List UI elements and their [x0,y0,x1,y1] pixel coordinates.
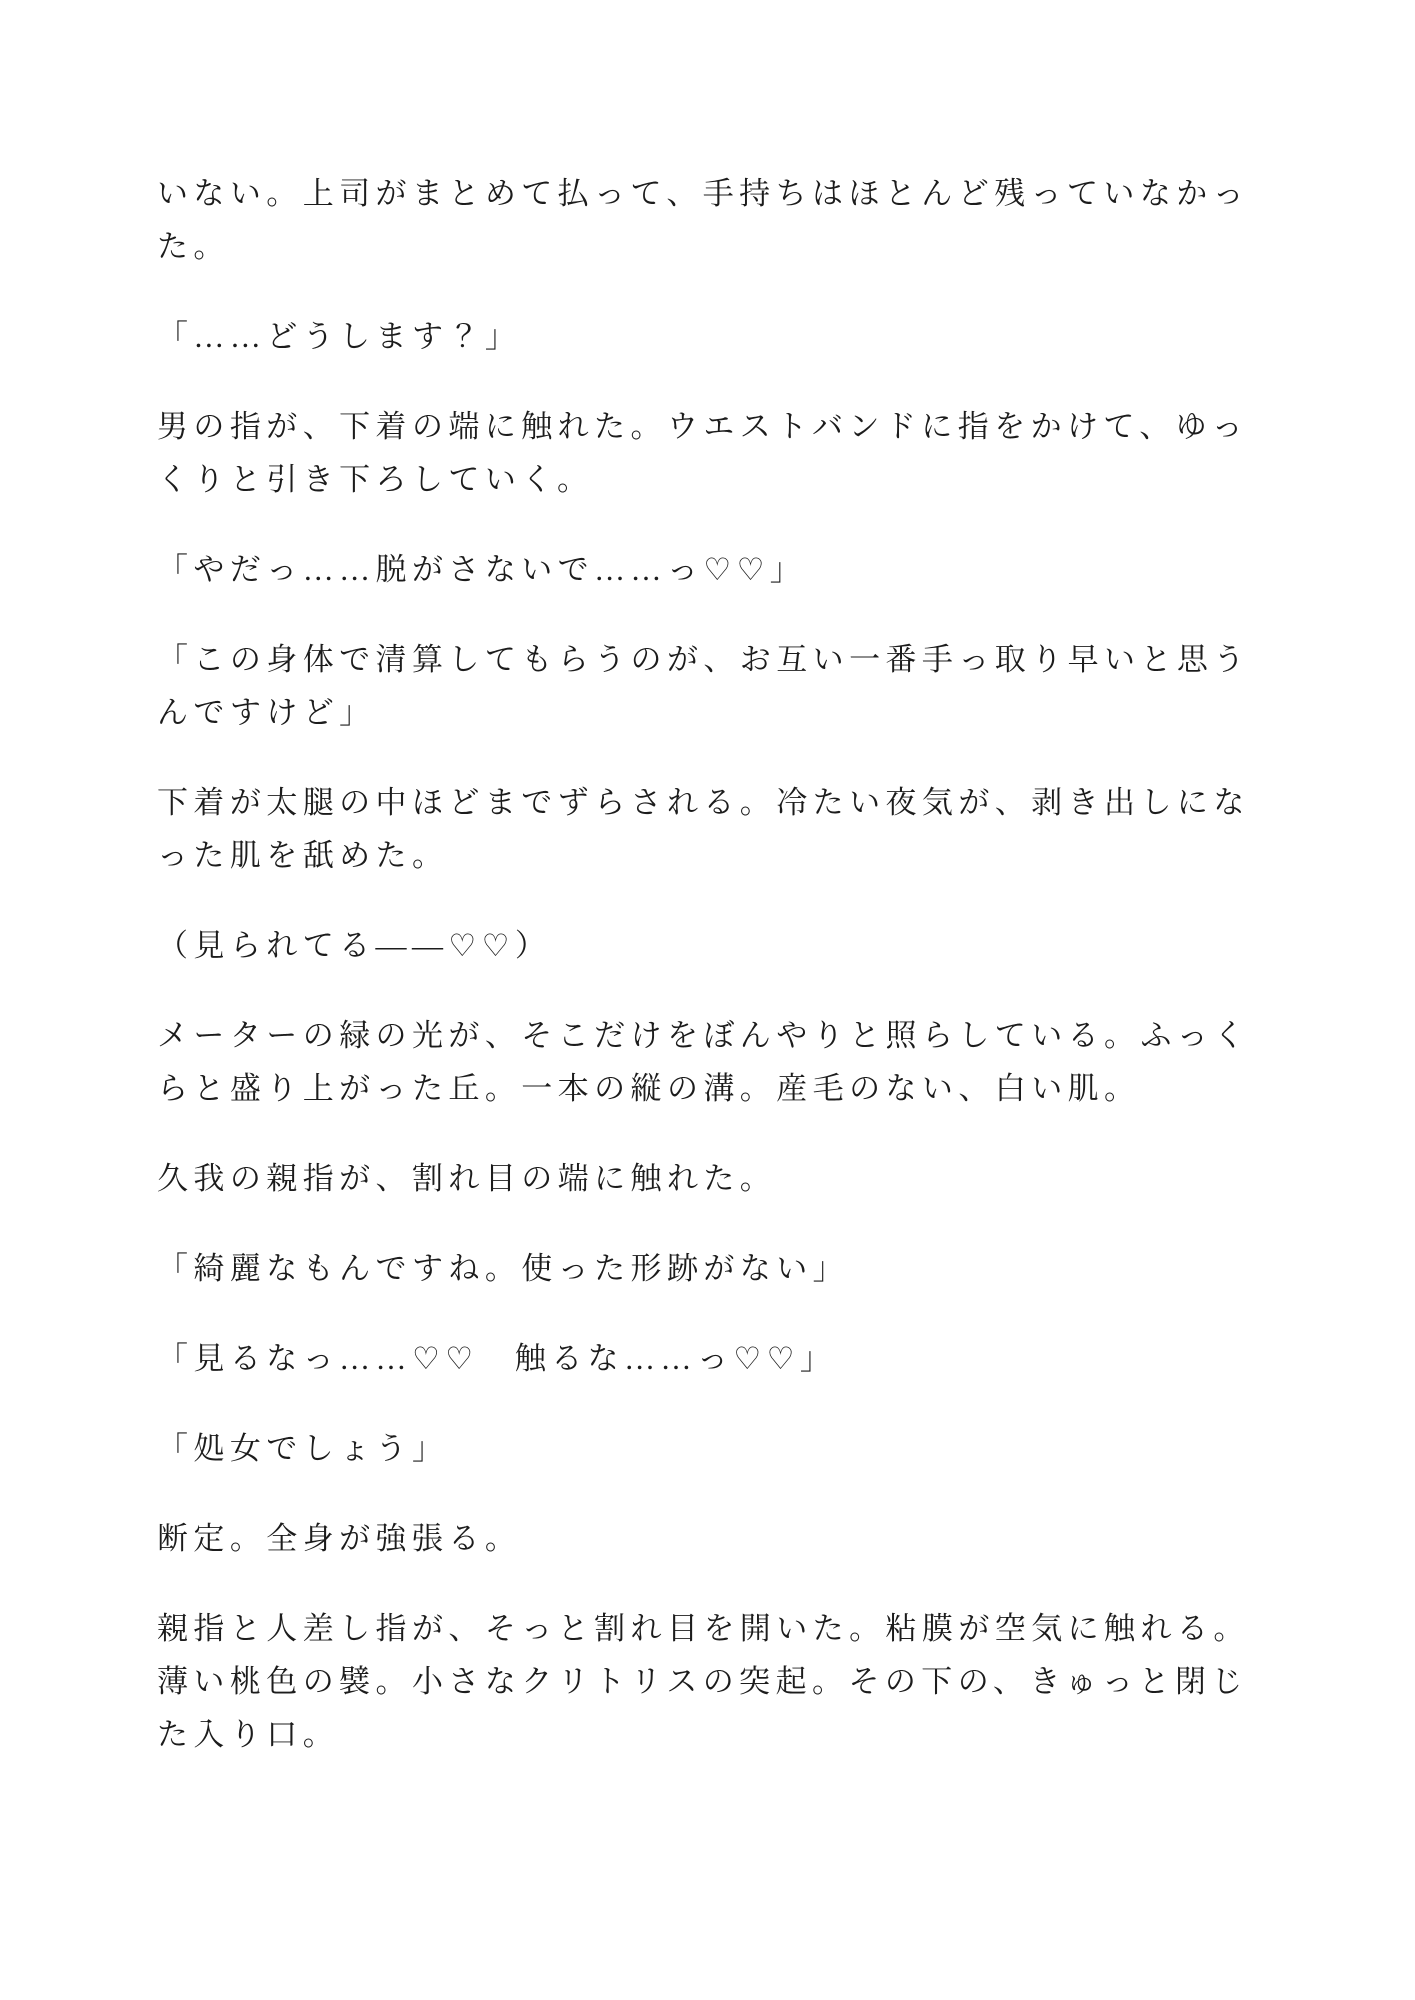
paragraph: 久我の親指が、割れ目の端に触れた。 [157,1152,1259,1205]
paragraph: 「見るなっ……♡♡ 触るな……っ♡♡」 [157,1332,1259,1385]
document-page: いない。上司がまとめて払って、手持ちはほとんど残っていなかった。「……どうします… [0,0,1415,2000]
paragraph: 「処女でしょう」 [157,1422,1259,1475]
paragraph: 男の指が、下着の端に触れた。ウエストバンドに指をかけて、ゆっくりと引き下ろしてい… [157,400,1259,506]
paragraph: 下着が太腿の中ほどまでずらされる。冷たい夜気が、剥き出しになった肌を舐めた。 [157,776,1259,882]
paragraph: 「……どうします？」 [157,310,1259,363]
paragraph: 「この身体で清算してもらうのが、お互い一番手っ取り早いと思うんですけど」 [157,633,1259,739]
paragraph: （見られてる――♡♡） [157,919,1259,972]
paragraph: 「綺麗なもんですね。使った形跡がない」 [157,1242,1259,1295]
paragraph: 断定。全身が強張る。 [157,1512,1259,1565]
paragraph: いない。上司がまとめて払って、手持ちはほとんど残っていなかった。 [157,167,1259,273]
paragraph: メーターの緑の光が、そこだけをぼんやりと照らしている。ふっくらと盛り上がった丘。… [157,1009,1259,1115]
paragraph: 「やだっ……脱がさないで……っ♡♡」 [157,543,1259,596]
paragraph: 親指と人差し指が、そっと割れ目を開いた。粘膜が空気に触れる。薄い桃色の襞。小さな… [157,1602,1259,1761]
novel-text-body: いない。上司がまとめて払って、手持ちはほとんど残っていなかった。「……どうします… [157,167,1259,1761]
